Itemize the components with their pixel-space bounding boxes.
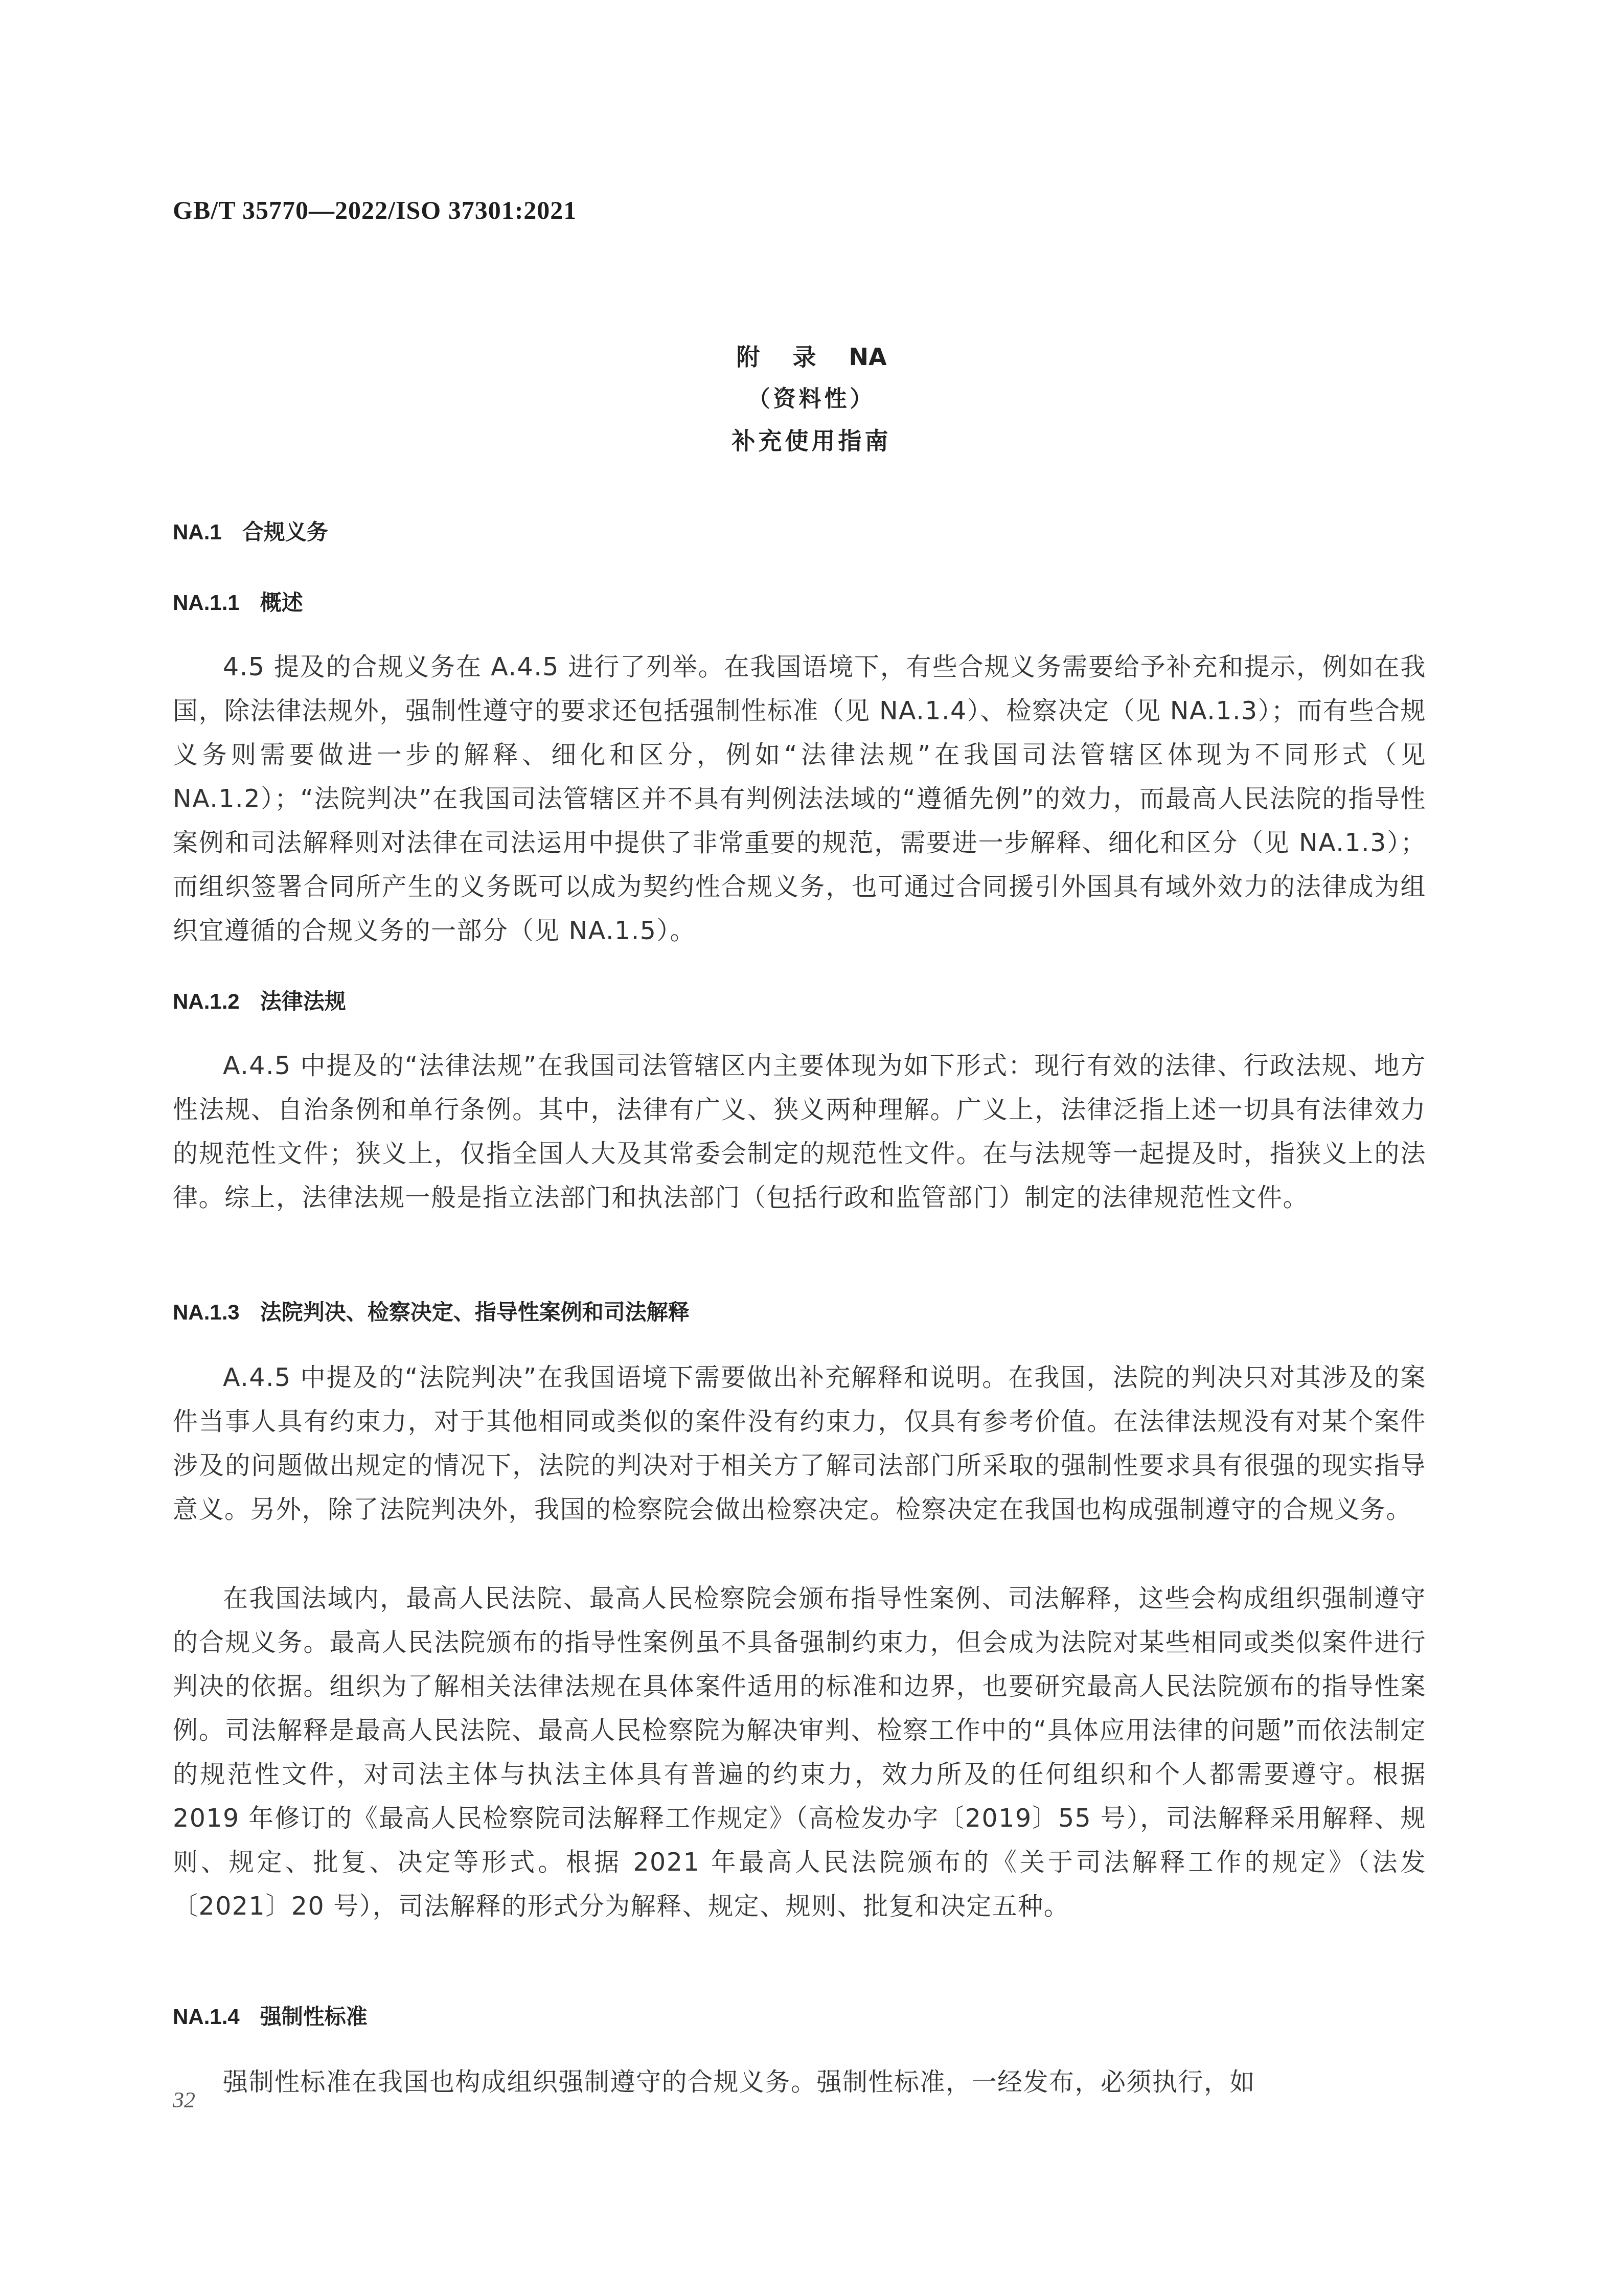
section-heading-na1: NA.1合规义务 — [173, 515, 328, 546]
annex-title: 附 录 NA — [0, 338, 1623, 372]
paragraph-court-judgments: A.4.5 中提及的“法院判决”在我国语境下需要做出补充解释和说明。在我国，法院… — [173, 1356, 1426, 1532]
paragraph-overview: 4.5 提及的合规义务在 A.4.5 进行了列举。在我国语境下，有些合规义务需要… — [173, 645, 1426, 953]
section-number: NA.1 — [173, 520, 222, 544]
paragraph-mandatory-standards: 强制性标准在我国也构成组织强制遵守的合规义务。强制性标准，一经发布，必须执行，如 — [173, 2060, 1426, 2104]
section-title: 强制性标准 — [260, 2004, 368, 2029]
section-number: NA.1.3 — [173, 1300, 240, 1325]
annex-subtitle: 补充使用指南 — [0, 422, 1623, 456]
section-heading-na1-1: NA.1.1概述 — [173, 586, 303, 617]
section-heading-na1-3: NA.1.3法院判决、检察决定、指导性案例和司法解释 — [173, 1295, 690, 1326]
paragraph-laws-regulations: A.4.5 中提及的“法律法规”在我国司法管辖区内主要体现为如下形式：现行有效的… — [173, 1044, 1426, 1220]
annex-type: （资料性） — [0, 380, 1623, 413]
section-title: 概述 — [260, 590, 303, 615]
paragraph-judicial-interpretation: 在我国法域内，最高人民法院、最高人民检察院会颁布指导性案例、司法解释，这些会构成… — [173, 1577, 1426, 1928]
section-number: NA.1.2 — [173, 989, 240, 1014]
section-number: NA.1.4 — [173, 2005, 240, 2029]
standard-number-header: GB/T 35770—2022/ISO 37301:2021 — [173, 195, 577, 225]
section-title: 法律法规 — [260, 989, 346, 1014]
section-title: 合规义务 — [242, 519, 328, 544]
page-number: 32 — [173, 2087, 195, 2113]
section-heading-na1-4: NA.1.4强制性标准 — [173, 2000, 368, 2031]
section-heading-na1-2: NA.1.2法律法规 — [173, 985, 346, 1015]
section-number: NA.1.1 — [173, 590, 240, 615]
section-title: 法院判决、检察决定、指导性案例和司法解释 — [260, 1300, 690, 1325]
